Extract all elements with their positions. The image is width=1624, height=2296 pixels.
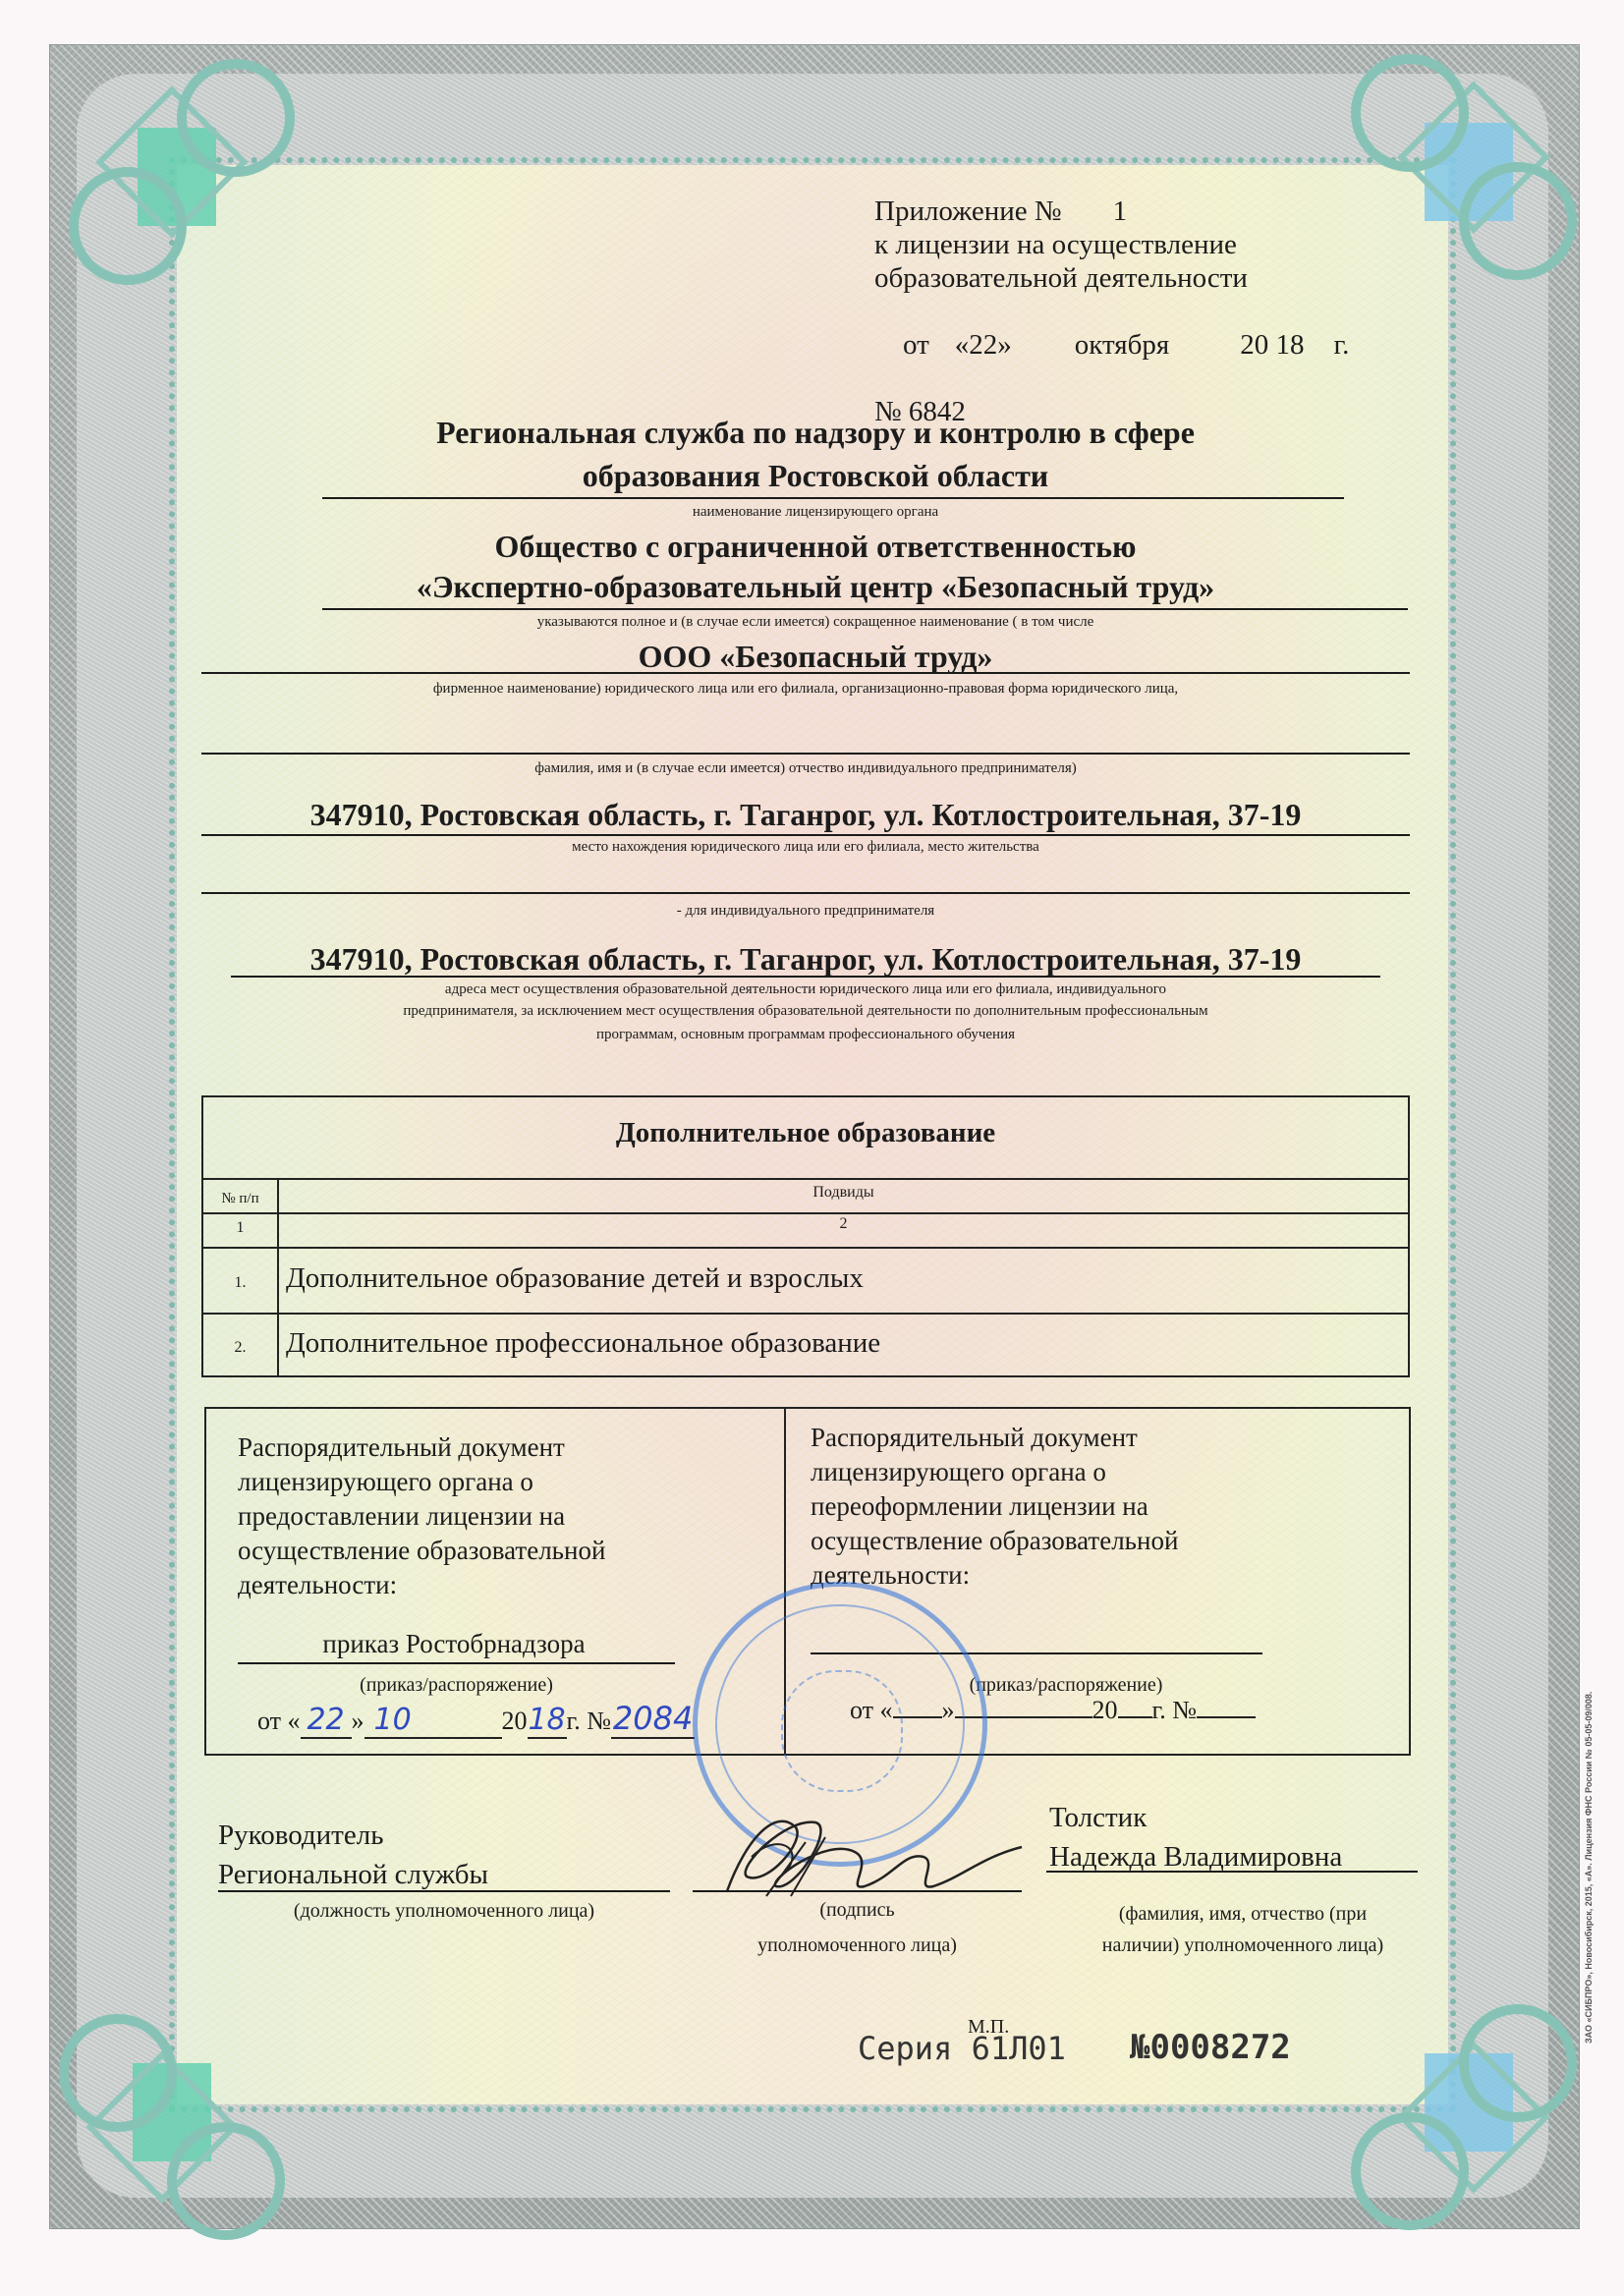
- licensee-caption: фамилия, имя и (в случае если имеется) о…: [201, 759, 1410, 777]
- activity-address: 347910, Ростовская область, г. Таганрог,…: [201, 940, 1410, 978]
- column-number-label: 1: [203, 1219, 277, 1237]
- licensee-full-name-line1: Общество с ограниченной ответственностью: [226, 528, 1405, 565]
- series: Серия 61Л01: [858, 2030, 1066, 2067]
- underline: [201, 672, 1410, 674]
- corner-ornament-icon: [1371, 2014, 1577, 2220]
- location-caption: - для индивидуального предпринимателя: [201, 902, 1410, 920]
- grant-doc-line: лицензирующего органа о: [238, 1465, 605, 1499]
- corner-ornament-icon: [59, 2024, 265, 2230]
- form-number: №0008272: [1130, 2028, 1291, 2067]
- underline: [231, 976, 1380, 978]
- licensee-caption: фирменное наименование) юридического лиц…: [201, 680, 1410, 698]
- reissue-doc-line: лицензирующего органа о: [811, 1455, 1178, 1489]
- table-title: Дополнительное образование: [203, 1117, 1408, 1149]
- table-row-subtype: Дополнительное образование детей и взрос…: [286, 1262, 864, 1295]
- appendix-line: к лицензии на осуществление: [874, 228, 1349, 261]
- underline: [201, 753, 1410, 755]
- form-number-value: 0008272: [1149, 2028, 1290, 2067]
- column-header-number: № п/п: [203, 1191, 277, 1207]
- grant-doc-day: 22: [301, 1703, 352, 1739]
- date-day: «22»: [955, 329, 1012, 361]
- column-number-label: 2: [279, 1215, 1408, 1233]
- printer-imprint: ЗАО «СИБПРО», Новосибирск, 2015, «А». Ли…: [1584, 1692, 1594, 2044]
- grant-doc-date: от «22»102018г. №2084: [257, 1700, 695, 1739]
- name-caption: (фамилия, имя, отчество (при наличии) уп…: [1066, 1898, 1420, 1961]
- appendix-line: образовательной деятельности: [874, 261, 1349, 295]
- reissue-doc-line: осуществление образовательной: [811, 1524, 1178, 1558]
- grant-doc-month: 10: [364, 1703, 502, 1739]
- date-suffix: г.: [1333, 329, 1349, 361]
- grant-doc-number: 2084: [611, 1700, 695, 1739]
- grant-doc-line: деятельности:: [238, 1568, 605, 1602]
- underline: [201, 892, 1410, 894]
- reissue-doc-line: Распорядительный документ: [811, 1421, 1178, 1455]
- appendix-number: 1: [1113, 196, 1128, 227]
- grant-doc-line: Распорядительный документ: [238, 1430, 605, 1465]
- series-value: 61Л01: [972, 2030, 1066, 2067]
- series-label: Серия: [858, 2030, 952, 2067]
- reissue-doc-line: переоформлении лицензии на: [811, 1489, 1178, 1524]
- education-types-table: Дополнительное образование № п/п Подвиды…: [201, 1095, 1410, 1377]
- form-number-label: №: [1130, 2028, 1149, 2067]
- signature-caption: (подпись уполномоченного лица): [693, 1892, 1022, 1963]
- licensing-body-caption: наименование лицензирующего органа: [324, 503, 1307, 521]
- position-caption: (должность уполномоченного лица): [218, 1900, 670, 1923]
- location-caption: место нахождения юридического лица или е…: [201, 838, 1410, 856]
- signatory-position: Руководитель Региональной службы: [218, 1816, 488, 1894]
- activity-address-caption: предпринимателя, за исключением мест осу…: [201, 1002, 1410, 1020]
- licensee-caption: указываются полное и (в случае если имее…: [226, 613, 1405, 631]
- table-row-number: 1.: [203, 1274, 277, 1292]
- licensing-body-line2: образования Ростовской области: [324, 457, 1307, 494]
- underline: [1046, 1871, 1418, 1873]
- column-header-subtypes: Подвиды: [279, 1184, 1408, 1202]
- underline: [322, 608, 1408, 610]
- grant-doc-line: предоставлении лицензии на: [238, 1499, 605, 1534]
- corner-ornament-icon: [69, 59, 275, 265]
- date-year: 20 18: [1240, 329, 1304, 361]
- underline: [201, 834, 1410, 836]
- table-row-number: 2.: [203, 1339, 277, 1357]
- date-prefix: от: [903, 329, 929, 361]
- grant-doc-line: осуществление образовательной: [238, 1534, 605, 1568]
- signatory-name: Толстик Надежда Владимировна: [1049, 1798, 1342, 1876]
- appendix-header: Приложение №1 к лицензии на осуществлени…: [874, 195, 1349, 428]
- licensee-full-name-line2: «Экспертно-образовательный центр «Безопа…: [226, 568, 1405, 605]
- appendix-label: Приложение №: [874, 196, 1062, 227]
- grant-doc-type-caption: (приказ/распоряжение): [238, 1674, 675, 1697]
- licensing-body-line1: Региональная служба по надзору и контрол…: [324, 414, 1307, 451]
- table-row-subtype: Дополнительное профессиональное образова…: [286, 1327, 880, 1360]
- underline: [238, 1662, 675, 1664]
- underline: [218, 1890, 670, 1892]
- licensee-short-name: ООО «Безопасный труд»: [226, 638, 1405, 675]
- activity-address-caption: адреса мест осуществления образовательно…: [201, 980, 1410, 998]
- grant-doc-year: 18: [528, 1703, 567, 1739]
- activity-address-caption: программам, основным программам професси…: [201, 1026, 1410, 1043]
- underline: [322, 497, 1344, 499]
- corner-ornament-icon: [1371, 54, 1577, 260]
- location-address: 347910, Ростовская область, г. Таганрог,…: [201, 796, 1410, 833]
- grant-doc-type: приказ Ростобрнадзора: [238, 1627, 670, 1661]
- date-month: октября: [1075, 329, 1169, 361]
